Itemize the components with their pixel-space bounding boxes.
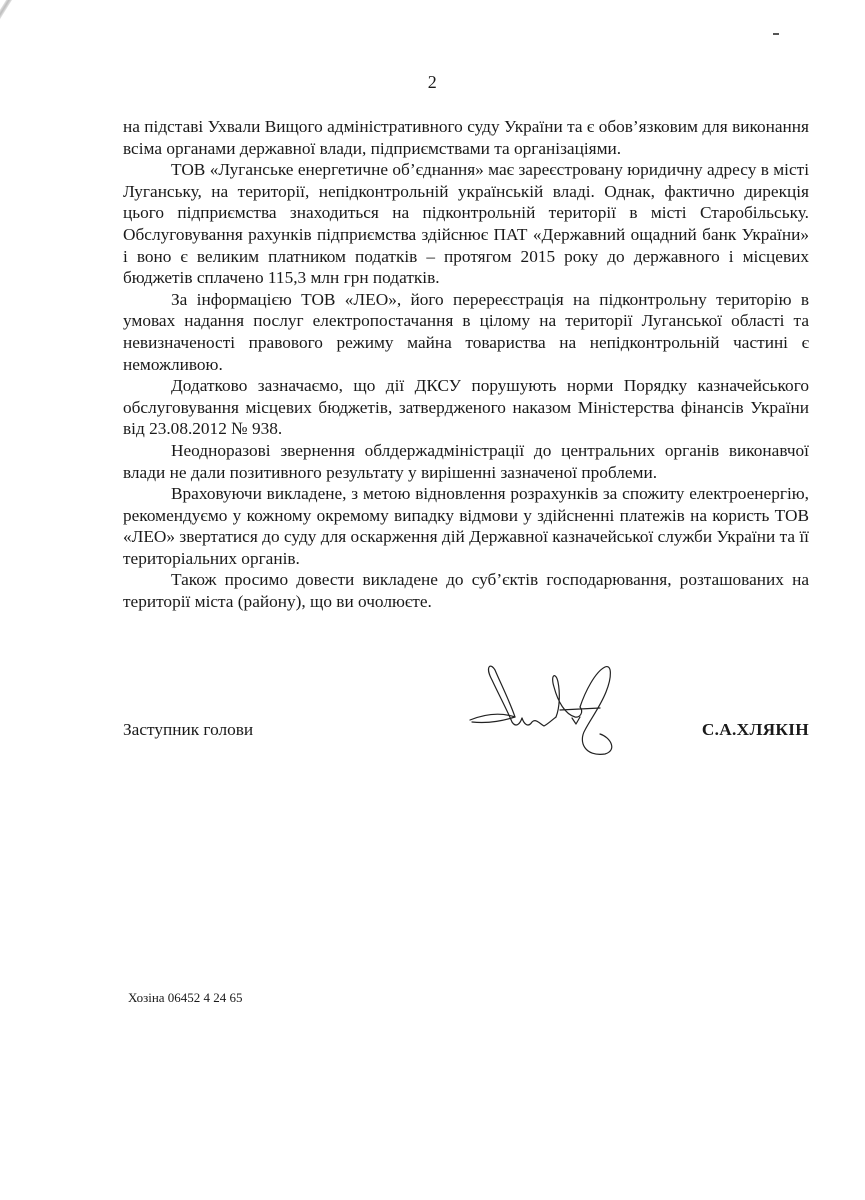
signer-name: С.А.ХЛЯКІН: [702, 720, 809, 740]
scan-artifact-line: [0, 0, 94, 64]
paragraph-reregistration: За інформацією ТОВ «ЛЕО», його перереєст…: [123, 289, 809, 375]
paragraph-court-ruling: на підставі Ухвали Вищого адміністративн…: [123, 116, 809, 159]
executor-contact: Хозіна 06452 4 24 65: [128, 990, 243, 1006]
letter-body: на підставі Ухвали Вищого адміністративн…: [123, 116, 809, 613]
page-number: 2: [0, 72, 865, 93]
paragraph-appeals: Неодноразові звернення облдержадміністра…: [123, 440, 809, 483]
paragraph-recommendation: Враховуючи викладене, з метою відновленн…: [123, 483, 809, 569]
signature-block: Заступник голови С.А.ХЛЯКІН: [123, 720, 809, 750]
signer-position: Заступник голови: [123, 720, 253, 740]
paragraph-treasury-violations: Додатково зазначаємо, що дії ДКСУ порушу…: [123, 375, 809, 440]
scan-artifact-mark: [773, 33, 779, 35]
paragraph-company-info: ТОВ «Луганське енергетичне об’єднання» м…: [123, 159, 809, 289]
paragraph-request: Також просимо довести викладене до суб’є…: [123, 569, 809, 612]
